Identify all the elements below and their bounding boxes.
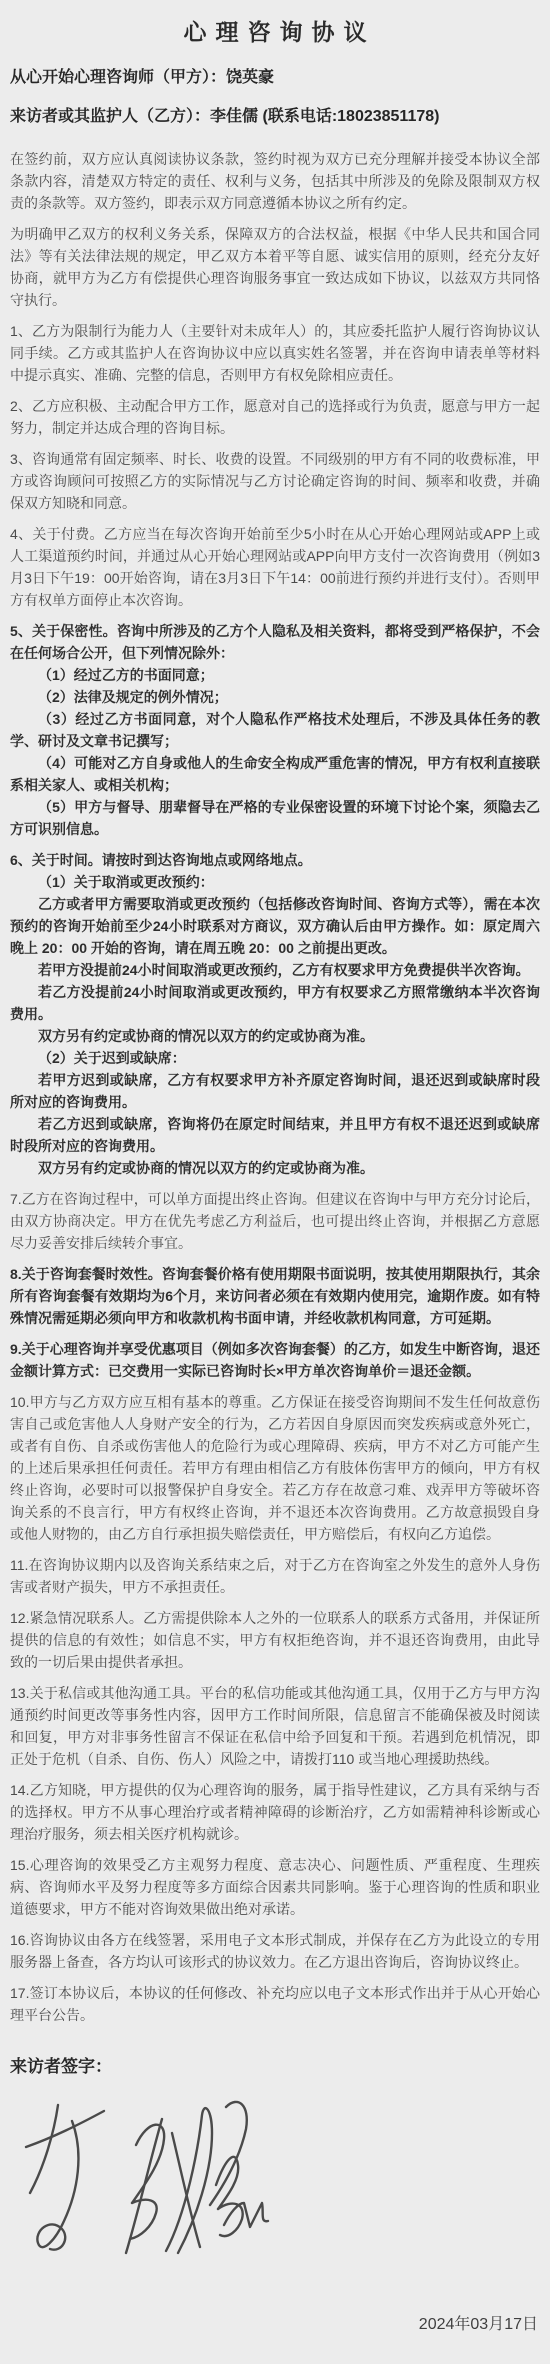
agreement-paragraph-23: 7.乙方在咨询过程中，可以单方面提出终止咨询。但建议在咨询中与甲方充分讨论后，由… (10, 1188, 540, 1254)
visitor-signature-label: 来访者签字： (10, 2052, 540, 2077)
party-b-name: 李佳儒 (210, 108, 258, 125)
party-a-name: 饶英豪 (226, 69, 274, 86)
agreement-paragraph-28: 12.紧急情况联系人。乙方需提供除本人之外的一位联系人的联系方式备用，并保证所提… (10, 1607, 540, 1673)
agreement-paragraph-25: 9.关于心理咨询并享受优惠项目（例如多次咨询套餐）的乙方，如发生中断咨询，退还金… (10, 1338, 540, 1382)
agreement-paragraph-27: 11.在咨询协议期内以及咨询关系结束之后，对于乙方在咨询室之外发生的意外人身伤害… (10, 1554, 540, 1598)
agreement-paragraph-7: 5、关于保密性。咨询中所涉及的乙方个人隐私及相关资料，都将受到严格保护，不会在任… (10, 620, 540, 664)
agreement-paragraph-2: 为明确甲乙双方的权利义务关系，保障双方的合法权益，根据《中华人民共和国合同法》等… (10, 223, 540, 311)
agreement-paragraph-30: 14.乙方知晓，甲方提供的仅为心理咨询的服务，属于指导性建议，乙方具有采纳与否的… (10, 1779, 540, 1845)
agreement-paragraph-15: 乙方或者甲方需要取消或更改预约（包括修改咨询时间、咨询方式等），需在本次预约的咨… (10, 893, 540, 959)
party-b-contact: (联系电话:18023851178) (262, 108, 439, 125)
agreement-paragraph-4: 2、乙方应积极、主动配合甲方工作，愿意对自己的选择或行为负责，愿意与甲方一起努力… (10, 395, 540, 439)
agreement-paragraph-26: 10.甲方与乙方双方应互相有基本的尊重。乙方保证在接受咨询期间不发生任何故意伤害… (10, 1391, 540, 1545)
agreement-paragraph-3: 1、乙方为限制行为能力人（主要针对未成年人）的，其应委托监护人履行咨询协议认同手… (10, 320, 540, 386)
agreement-document: 心理咨询协议 从心开始心理咨询师（甲方）：饶英豪 来访者或其监护人（乙方）：李佳… (0, 0, 550, 2364)
agreement-paragraph-17: 若乙方没提前24小时间取消或更改预约，甲方有权要求乙方照常缴纳本半次咨询费用。 (10, 981, 540, 1025)
agreement-paragraph-33: 17.签订本协议后，本协议的任何修改、补充均应以电子文本形式作出并于从心开始心理… (10, 1982, 540, 2026)
signature-date: 2024年03月17日 (10, 2311, 540, 2334)
agreement-paragraph-11: （4）可能对乙方自身或他人的生命安全构成严重危害的情况，甲方有权利直接联系相关家… (10, 752, 540, 796)
agreement-paragraph-24: 8.关于咨询套餐时效性。咨询套餐价格有使用期限书面说明，按其使用期限执行，其余所… (10, 1263, 540, 1329)
agreement-paragraph-31: 15.心理咨询的效果受乙方主观努力程度、意志决心、问题性质、严重程度、生理疾病、… (10, 1854, 540, 1920)
agreement-paragraph-21: 若乙方迟到或缺席，咨询将仍在原定时间结束，并且甲方有权不退还迟到或缺席时段所对应… (10, 1113, 540, 1157)
agreement-paragraph-1: 在签约前，双方应认真阅读协议条款，签约时视为双方已充分理解并接受本协议全部条款内… (10, 148, 540, 214)
agreement-paragraph-20: 若甲方迟到或缺席，乙方有权要求甲方补齐原定咨询时间，退还迟到或缺席时段所对应的咨… (10, 1069, 540, 1113)
agreement-paragraph-6: 4、关于付费。乙方应当在每次咨询开始前至少5小时在从心开始心理网站或APP上或人… (10, 523, 540, 611)
agreement-paragraph-8: （1）经过乙方的书面同意； (10, 664, 540, 686)
agreement-paragraph-32: 16.咨询协议由各方在线签署，采用电子文本形式制成，并保存在乙方为此设立的专用服… (10, 1929, 540, 1973)
page-title: 心理咨询协议 (10, 14, 540, 47)
agreement-paragraph-9: （2）法律及规定的例外情况； (10, 686, 540, 708)
agreement-paragraph-19: （2）关于迟到或缺席： (10, 1047, 540, 1069)
agreement-paragraph-13: 6、关于时间。请按时到达咨询地点或网络地点。 (10, 849, 540, 871)
agreement-paragraph-22: 双方另有约定或协商的情况以双方的约定或协商为准。 (10, 1157, 540, 1179)
agreement-paragraph-10: （3）经过乙方书面同意，对个人隐私作严格技术处理后，不涉及具体任务的教学、研讨及… (10, 708, 540, 752)
party-a-label: 从心开始心理咨询师（甲方）： (10, 69, 226, 86)
agreement-paragraph-5: 3、咨询通常有固定频率、时长、收费的设置。不同级别的甲方有不同的收费标准，甲方或… (10, 448, 540, 514)
signature-strokes (20, 2091, 300, 2281)
agreement-paragraph-14: （1）关于取消或更改预约： (10, 871, 540, 893)
agreement-paragraph-18: 双方另有约定或协商的情况以双方的约定或协商为准。 (10, 1025, 540, 1047)
visitor-signature-image (20, 2091, 300, 2281)
agreement-paragraph-16: 若甲方没提前24小时间取消或更改预约，乙方有权要求甲方免费提供半次咨询。 (10, 959, 540, 981)
party-b-line: 来访者或其监护人（乙方）：李佳儒 (联系电话:18023851178) (10, 106, 540, 128)
party-a-line: 从心开始心理咨询师（甲方）：饶英豪 (10, 67, 540, 89)
party-b-label: 来访者或其监护人（乙方）： (10, 108, 210, 125)
agreement-body: 在签约前，双方应认真阅读协议条款，签约时视为双方已充分理解并接受本协议全部条款内… (10, 148, 540, 2026)
agreement-paragraph-29: 13.关于私信或其他沟通工具。平台的私信功能或其他沟通工具，仅用于乙方与甲方沟通… (10, 1682, 540, 1770)
agreement-paragraph-12: （5）甲方与督导、朋辈督导在严格的专业保密设置的环境下讨论个案，须隐去乙方可识别… (10, 796, 540, 840)
